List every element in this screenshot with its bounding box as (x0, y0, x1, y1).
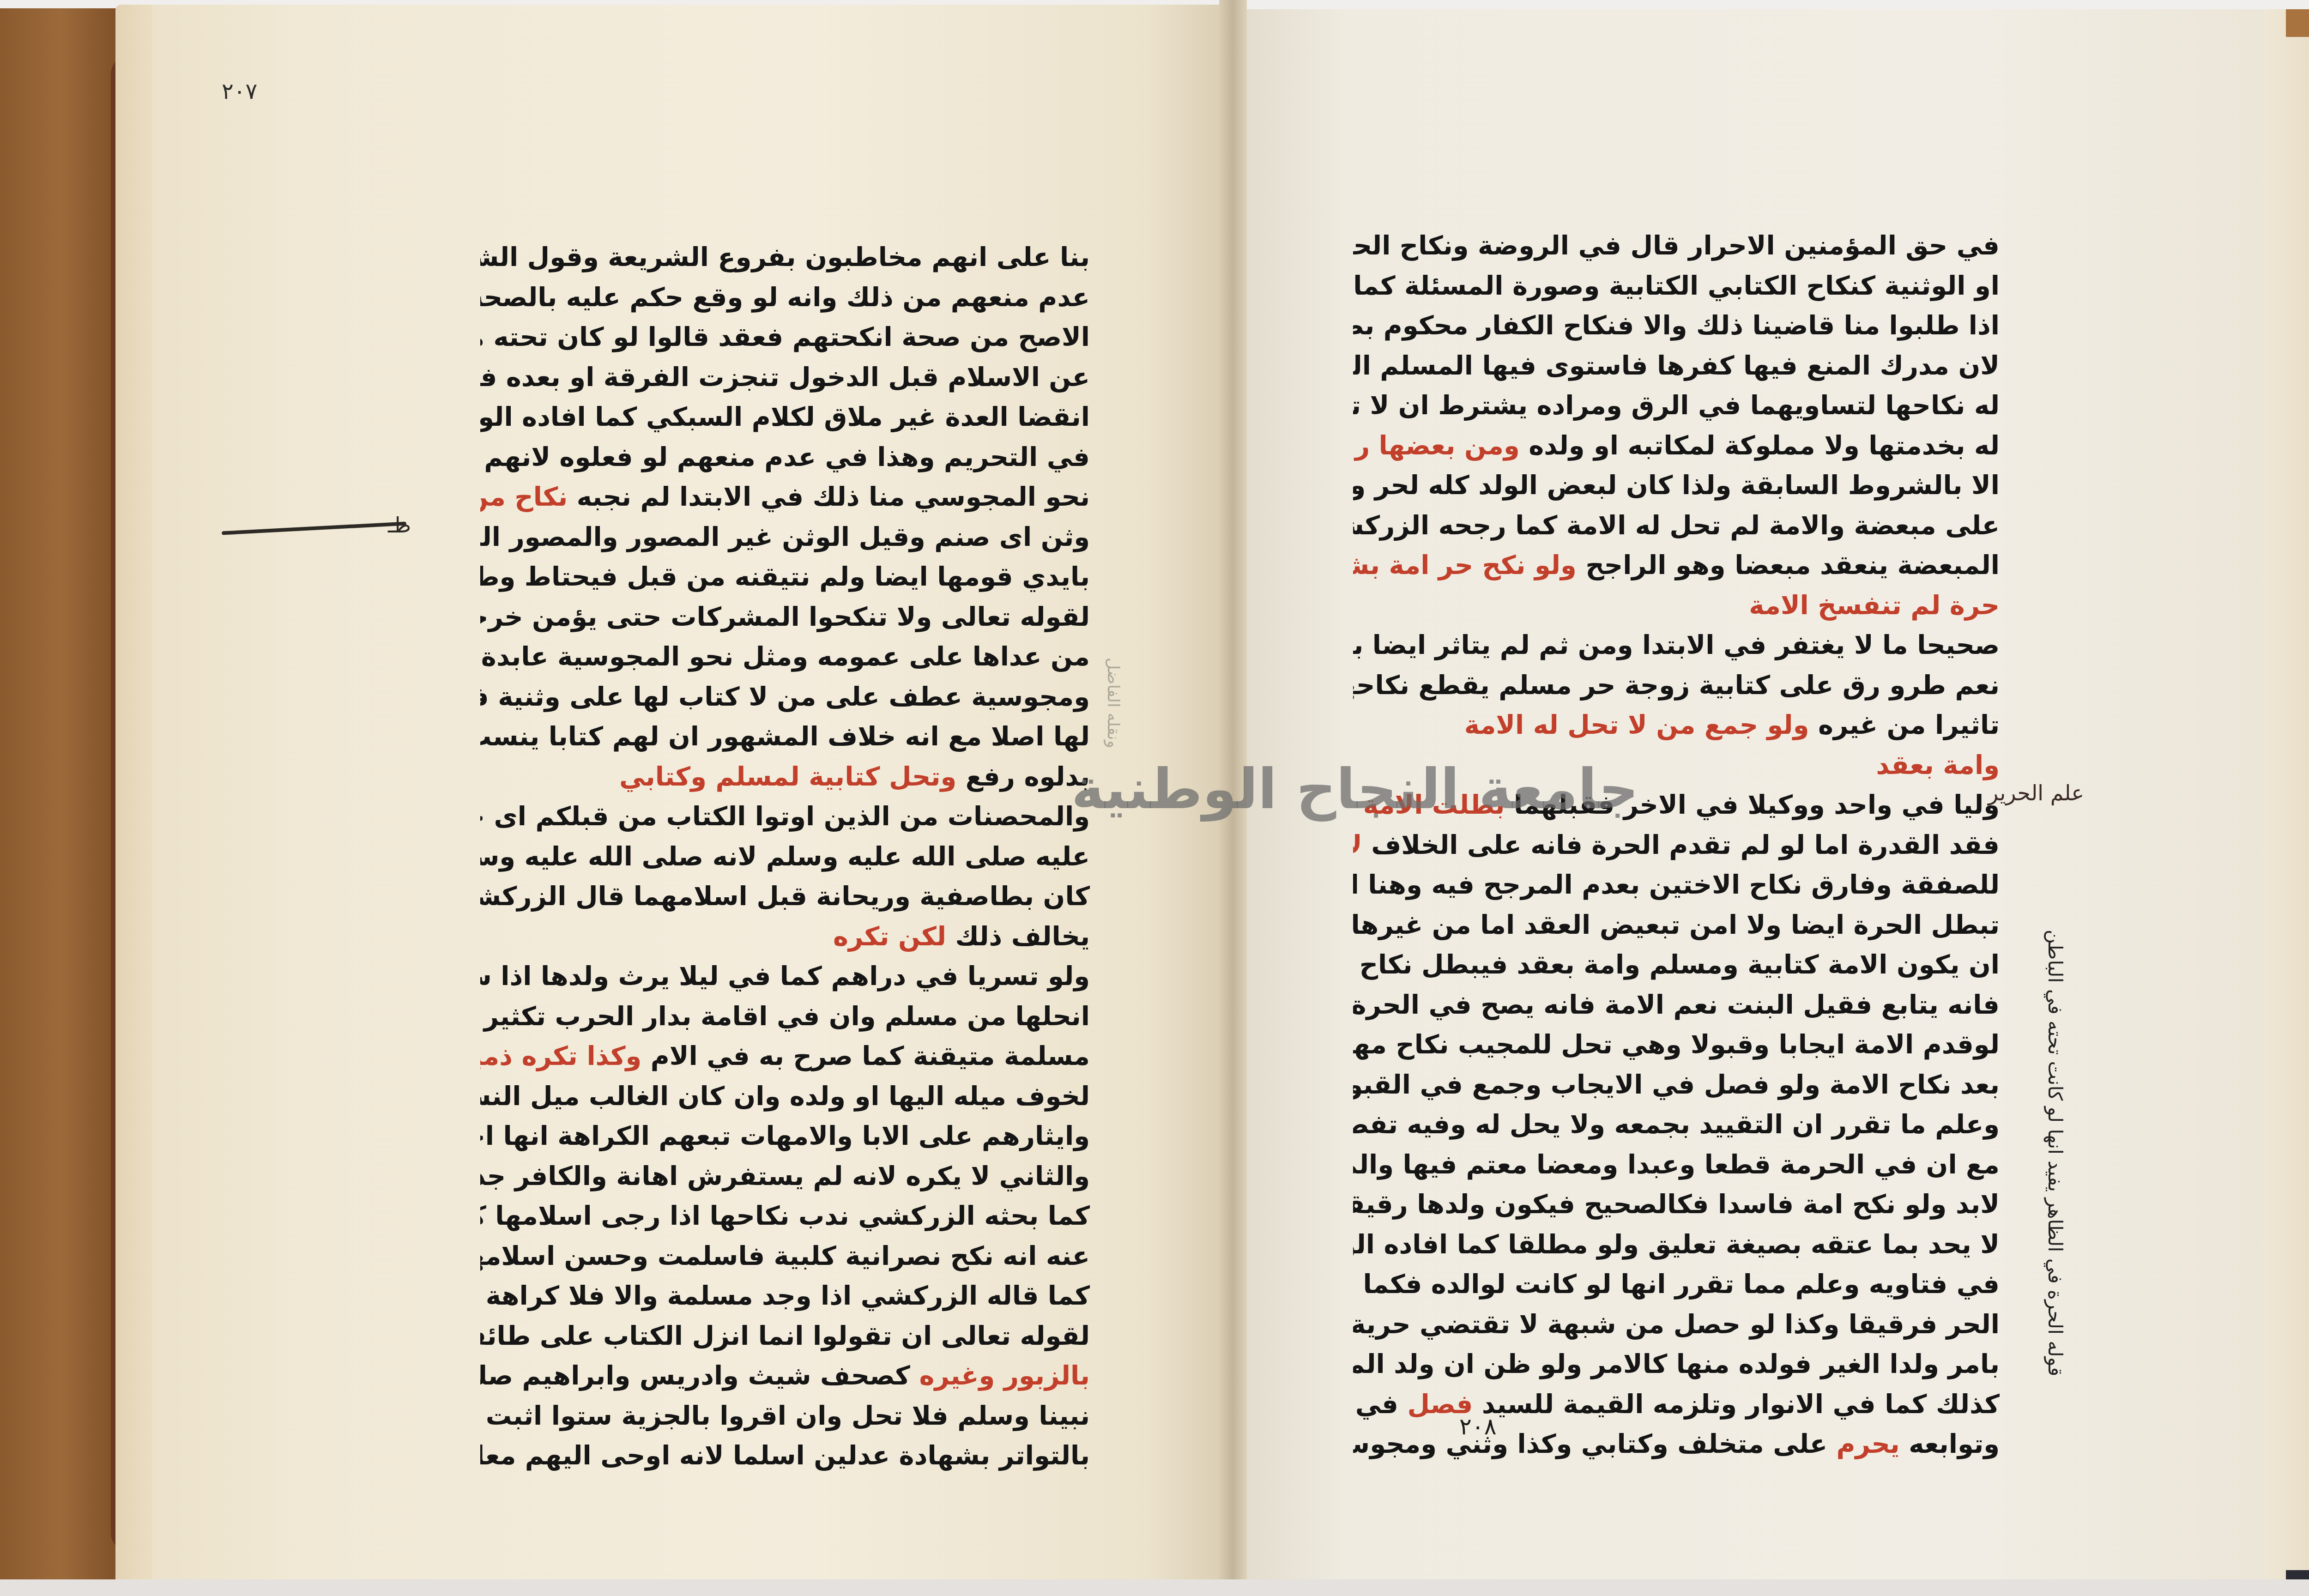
line-text: او الوثنية كنكاح الكتابي الكتابية وصورة … (1353, 271, 2000, 301)
manuscript-line: او الوثنية كنكاح الكتابي الكتابية وصورة … (1353, 266, 2000, 307)
manuscript-line: في فتاويه وعلم مما تقرر انها لو كانت لوا… (1353, 1265, 2000, 1305)
line-text-tail: على متخلف وكتابي وكذا وثني ومجوسي ونحوهم… (1353, 1429, 1837, 1459)
red-rubric: بالزبور وغيره (919, 1361, 1090, 1391)
manuscript-line: عليه صلى الله عليه وسلم لانه صلى الله عل… (480, 837, 1090, 877)
line-text: لابد ولو نكح امة فاسدا فكالصحيح فيكون ول… (1353, 1190, 2000, 1220)
line-text: للصفقة وفارق نكاح الاختين بعدم المرجح في… (1353, 870, 2000, 900)
manuscript-line: لقوله تعالى ولا تنكحوا المشركات حتى يؤمن… (480, 598, 1090, 638)
manuscript-line: عدم منعهم من ذلك وانه لو وقع حكم عليه با… (480, 278, 1090, 318)
line-text: عنه انه نكح نصرانية كلبية فاسلمت وحسن اس… (480, 1241, 1090, 1271)
line-text: على مبعضة والامة لم تحل له الامة كما رجح… (1353, 511, 2000, 541)
manuscript-line: بالتواتر بشهادة عدلين اسلما لانه اوحى ال… (480, 1436, 1090, 1476)
manuscript-line: ولو تسريا في دراهم كما في ليلا يرث ولدها… (480, 957, 1090, 997)
red-rubric: لا الحرة في الاظهر (1353, 830, 1362, 860)
manuscript-line: الا بالشروط السابقة ولذا كان لبعض الولد … (1353, 466, 2000, 506)
manuscript-line: على مبعضة والامة لم تحل له الامة كما رجح… (1353, 506, 2000, 546)
line-text: لوقدم الامة ايجابا وقبولا وهي تحل للمجيب… (1353, 1030, 2000, 1060)
red-rubric: وتحل كتابية لمسلم وكتابي (619, 762, 956, 792)
red-rubric: نكاح من لا كتاب لها كوثنية اى عابدة (480, 482, 568, 512)
manuscript-line: كما بحثه الزركشي ندب نكاحها اذا رجى اسلا… (480, 1197, 1090, 1237)
manuscript-line: كذلك كما في الانوار وتلزمه القيمة للسيد … (1353, 1385, 2000, 1425)
manuscript-line: عن الاسلام قبل الدخول تنجزت الفرقة او بع… (480, 358, 1090, 398)
line-text: كما بحثه الزركشي ندب نكاحها اذا رجى اسلا… (480, 1201, 1090, 1231)
manuscript-line: لابد ولو نكح امة فاسدا فكالصحيح فيكون ول… (1353, 1185, 2000, 1225)
line-text: الاصح من صحة انكحتهم فعقد قالوا لو كان ت… (480, 322, 1090, 352)
line-text: عدم منعهم من ذلك وانه لو وقع حكم عليه با… (480, 283, 1090, 313)
manuscript-line: كما قاله الزركشي اذا وجد مسلمة والا فلا … (480, 1276, 1090, 1317)
library-watermark: جامعة النجاح الوطنية (1071, 757, 1638, 822)
line-text: ومجوسية عطف على من لا كتاب لها على وثنية… (480, 682, 1090, 712)
manuscript-line: انقضا العدة غير ملاق لكلام السبكي كما اف… (480, 398, 1090, 438)
manuscript-line: في حق المؤمنين الاحرار قال في الروضة ونك… (1353, 226, 2000, 266)
manuscript-line: وتوابعه يحرم على متخلف وكتابي وكذا وثني … (1353, 1425, 2000, 1465)
manuscript-line: فقد القدرة اما لو لم تقدم الحرة فانه على… (1353, 826, 2000, 866)
line-text: بعد نكاح الامة ولو فصل في الايجاب وجمع ف… (1353, 1070, 2000, 1100)
folio-number-left: ٢٠٧ (222, 79, 257, 104)
line-text: المبعضة ينعقد مبعضا وهو الراجح (1577, 550, 2000, 580)
manuscript-line: انحلها من مسلم وان في اقامة بدار الحرب ت… (480, 997, 1090, 1037)
line-text: كذلك كما في الانوار وتلزمه القيمة للسيد (1473, 1390, 2000, 1420)
line-text: في فتاويه وعلم مما تقرر انها لو كانت لوا… (1353, 1270, 2000, 1300)
manuscript-line: لخوف ميله اليها او ولده وان كان الغالب م… (480, 1077, 1090, 1117)
line-text: نبينا وسلم فلا تحل وان اقروا بالجزية ستو… (480, 1401, 1090, 1431)
line-text: تبطل الحرة ايضا ولا امن تبعيض العقد اما … (1353, 910, 2000, 940)
line-text: بايدي قومها ايضا ولم نتيقنه من قبل فيحتا… (480, 562, 1090, 592)
red-rubric: لكن تكره (833, 922, 946, 952)
red-rubric: وكذا تكره ذمية على الصحيح (480, 1041, 641, 1071)
line-text: وايثارهم على الابا والامهات تبعهم الكراه… (480, 1121, 1090, 1151)
manuscript-line: بدلوه رفع وتحل كتابية لمسلم وكتابي (480, 757, 1090, 798)
red-rubric: ولو نكح حر امة بشرطه ثم ايسر او نكح (1353, 550, 1577, 580)
line-text: في حق المؤمنين الاحرار قال في الروضة ونك… (1353, 231, 2000, 261)
line-text: له بخدمتها ولا مملوكة لمكاتبه او ولده (1520, 431, 2000, 461)
line-text: والثاني لا يكره لانه لم يستفرش اهانة وال… (480, 1161, 1090, 1191)
line-text: صحيحا ما لا يغتفر في الابتدا ومن ثم لم ي… (1353, 630, 2000, 660)
left-page-text: بنا على انهم مخاطبون بفروع الشريعة وقول … (480, 238, 1090, 1476)
manuscript-line: نحو المجوسي منا ذلك في الابتدا لم نجبه ن… (480, 478, 1090, 518)
line-text: يخالف ذلك (946, 922, 1090, 952)
red-rubric: ولو جمع من لا تحل له الامة (1464, 710, 1809, 740)
line-text: الا بالشروط السابقة ولذا كان لبعض الولد … (1353, 471, 2000, 501)
line-text: لا يحد بما عتقه بصيغة تعليق ولو مطلقا كم… (1353, 1230, 2000, 1260)
line-text: ولو تسريا في دراهم كما في ليلا يرث ولدها… (480, 961, 1090, 991)
manuscript-line: له بخدمتها ولا مملوكة لمكاتبه او ولده وم… (1353, 426, 2000, 466)
line-text: في التحريم وهذا في عدم منعهم لو فعلوه لا… (480, 442, 1090, 472)
manuscript-line: لها اصلا مع انه خلاف المشهور ان لهم كتاب… (480, 717, 1090, 757)
manuscript-line: ان يكون الامة كتابية ومسلم وامة بعقد فيب… (1353, 945, 2000, 985)
manuscript-line: والمحصنات من الذين اوتوا الكتاب من قبلكم… (480, 797, 1090, 837)
line-text: فانه يتابع فقيل البنت نعم الامة فانه يصح… (1353, 990, 2000, 1020)
line-text: بالتواتر بشهادة عدلين اسلما لانه اوحى ال… (480, 1441, 1090, 1471)
red-rubric: ومن بعضها رقيق كرقيقة فلا ينكحها الحر (1353, 431, 1520, 461)
line-text: له نكاحها لتساويهما في الرق ومراده يشترط… (1353, 391, 2000, 421)
line-text: مسلمة متيقنة كما صرح به في الام (641, 1041, 1090, 1071)
manuscript-line: من عداها على عمومه ومثل نحو المجوسية عاب… (480, 637, 1090, 677)
manuscript-line: نعم طرو رق على كتابية زوجة حر مسلم يقطع … (1353, 666, 2000, 706)
red-rubric: وامة بعقد (1876, 750, 2000, 780)
manuscript-line: بالزبور وغيره كصحف شيث وادريس وابراهيم ص… (480, 1356, 1090, 1396)
manuscript-line: الاصح من صحة انكحتهم فعقد قالوا لو كان ت… (480, 318, 1090, 358)
manuscript-line: تبطل الحرة ايضا ولا امن تبعيض العقد اما … (1353, 906, 2000, 946)
manuscript-line: المبعضة ينعقد مبعضا وهو الراجح ولو نكح ح… (1353, 546, 2000, 586)
line-text: نحو المجوسي منا ذلك في الابتدا لم نجبه (568, 482, 1090, 512)
manuscript-line: مسلمة متيقنة كما صرح به في الام وكذا تكر… (480, 1037, 1090, 1077)
desk-wood-edge (2286, 9, 2309, 37)
line-text: كما قاله الزركشي اذا وجد مسلمة والا فلا … (480, 1281, 1090, 1311)
red-rubric: يحرم (1837, 1429, 1900, 1459)
red-rubric: حرة لم تنفسخ الامة (1749, 591, 2000, 621)
line-text: وتوابعه (1900, 1429, 2000, 1459)
line-text: اذا طلبوا منا قاضينا ذلك والا فنكاح الكف… (1353, 311, 2000, 341)
line-text: لان مدرك المنع فيها كفرها فاستوى فيها ال… (1353, 351, 2000, 381)
line-text: مع ان في الحرمة قطعا وعبدا ومعضا معتم في… (1353, 1150, 2000, 1180)
line-text: لها اصلا مع انه خلاف المشهور ان لهم كتاب… (480, 722, 1090, 752)
line-text: عليه صلى الله عليه وسلم لانه صلى الله عل… (480, 842, 1090, 872)
manuscript-line: له نكاحها لتساويهما في الرق ومراده يشترط… (1353, 386, 2000, 426)
line-text: بنا على انهم مخاطبون بفروع الشريعة وقول … (480, 242, 1090, 272)
manuscript-line: بامر ولدا الغير فولده منها كالامر ولو ظن… (1353, 1345, 2000, 1385)
line-text: فقد القدرة اما لو لم تقدم الحرة فانه على… (1362, 830, 2000, 860)
line-text: لقوله تعالى ولا تنكحوا المشركات حتى يؤمن… (480, 602, 1090, 632)
manuscript-line: والثاني لا يكره لانه لم يستفرش اهانة وال… (480, 1157, 1090, 1197)
manuscript-line: كان بطاصفية وريحانة قبل اسلامهما قال الز… (480, 877, 1090, 917)
line-text: بامر ولدا الغير فولده منها كالامر ولو ظن… (1353, 1349, 2000, 1379)
line-text: لقوله تعالى ان تقولوا انما انزل الكتاب ع… (480, 1321, 1090, 1351)
manuscript-line: بنا على انهم مخاطبون بفروع الشريعة وقول … (480, 238, 1090, 278)
manuscript-line: لوقدم الامة ايجابا وقبولا وهي تحل للمجيب… (1353, 1025, 2000, 1065)
manuscript-line: لقوله تعالى ان تقولوا انما انزل الكتاب ع… (480, 1317, 1090, 1357)
manuscript-line: لا يحد بما عتقه بصيغة تعليق ولو مطلقا كم… (1353, 1225, 2000, 1265)
manuscript-line: حرة لم تنفسخ الامة (1353, 586, 2000, 626)
manuscript-line: لان مدرك المنع فيها كفرها فاستوى فيها ال… (1353, 346, 2000, 387)
line-text: الحر فرقيقا وكذا لو حصل من شبهة لا تقتضي… (1353, 1310, 2000, 1340)
manuscript-line: اذا طلبوا منا قاضينا ذلك والا فنكاح الكف… (1353, 306, 2000, 346)
manuscript-line: في التحريم وهذا في عدم منعهم لو فعلوه لا… (480, 438, 1090, 478)
line-text: من عداها على عمومه ومثل نحو المجوسية عاب… (480, 642, 1090, 672)
manuscript-line: بعد نكاح الامة ولو فصل في الايجاب وجمع ف… (1353, 1065, 2000, 1106)
manuscript-line: يخالف ذلك لكن تكره (480, 917, 1090, 957)
line-text: وعلم ما تقرر ان التقييد بجمعه ولا يحل له… (1353, 1110, 2000, 1140)
line-text: نعم طرو رق على كتابية زوجة حر مسلم يقطع … (1353, 671, 2000, 701)
vertical-margin-note-right: قوله الحرة في الظاهر يفيد انها لو كانت ت… (2041, 1007, 2069, 1376)
right-page-stack (2263, 9, 2309, 1589)
manuscript-line: ومجوسية عطف على من لا كتاب لها على وثنية… (480, 677, 1090, 718)
margin-note-left: طـ (388, 513, 411, 538)
manuscript-line: بايدي قومها ايضا ولم نتيقنه من قبل فيحتا… (480, 557, 1090, 598)
line-text: لخوف ميله اليها او ولده وان كان الغالب م… (480, 1082, 1090, 1112)
manuscript-line: مع ان في الحرمة قطعا وعبدا ومعضا معتم في… (1353, 1145, 2000, 1185)
faded-margin-note-left: ونقله الفاضل (1104, 517, 1123, 748)
manuscript-line: وعلم ما تقرر ان التقييد بجمعه ولا يحل له… (1353, 1105, 2000, 1145)
manuscript-line: وايثارهم على الابا والامهات تبعهم الكراه… (480, 1117, 1090, 1157)
manuscript-line: نبينا وسلم فلا تحل وان اقروا بالجزية ستو… (480, 1396, 1090, 1437)
line-text-tail: كصحف شيث وادريس وابراهيم صلى الله عليهم … (480, 1361, 919, 1391)
line-text: والمحصنات من الذين اوتوا الكتاب من قبلكم… (480, 802, 1090, 832)
line-text: تاثيرا من غيره (1809, 710, 2000, 740)
manuscript-line: عنه انه نكح نصرانية كلبية فاسلمت وحسن اس… (480, 1237, 1090, 1277)
line-text: وثن اى صنم وقيل الوثن غير المصور والمصور… (480, 522, 1090, 552)
right-page-text: في حق المؤمنين الاحرار قال في الروضة ونك… (1353, 226, 2000, 1465)
line-text-tail: في حل نكاح الكافرة (1353, 1390, 1408, 1420)
background-bottom (0, 1579, 2309, 1596)
line-text: بدلوه رفع (956, 762, 1090, 792)
manuscript-line: فانه يتابع فقيل البنت نعم الامة فانه يصح… (1353, 985, 2000, 1026)
line-text: عن الاسلام قبل الدخول تنجزت الفرقة او بع… (480, 363, 1090, 393)
manuscript-line: الحر فرقيقا وكذا لو حصل من شبهة لا تقتضي… (1353, 1305, 2000, 1345)
line-text: ان يكون الامة كتابية ومسلم وامة بعقد فيب… (1353, 950, 2000, 980)
folio-number-right: ٢٠٨ (1459, 1413, 1497, 1440)
manuscript-line: صحيحا ما لا يغتفر في الابتدا ومن ثم لم ي… (1353, 626, 2000, 666)
margin-note-right: علم الحرير (1988, 780, 2084, 805)
manuscript-line: تاثيرا من غيره ولو جمع من لا تحل له الام… (1353, 706, 2000, 746)
line-text: انحلها من مسلم وان في اقامة بدار الحرب ت… (480, 1002, 1090, 1032)
line-text: انقضا العدة غير ملاق لكلام السبكي كما اف… (480, 402, 1090, 432)
manuscript-line: وثن اى صنم وقيل الوثن غير المصور والمصور… (480, 518, 1090, 558)
manuscript-line: للصفقة وفارق نكاح الاختين بعدم المرجح في… (1353, 865, 2000, 906)
line-text: كان بطاصفية وريحانة قبل اسلامهما قال الز… (480, 882, 1090, 912)
